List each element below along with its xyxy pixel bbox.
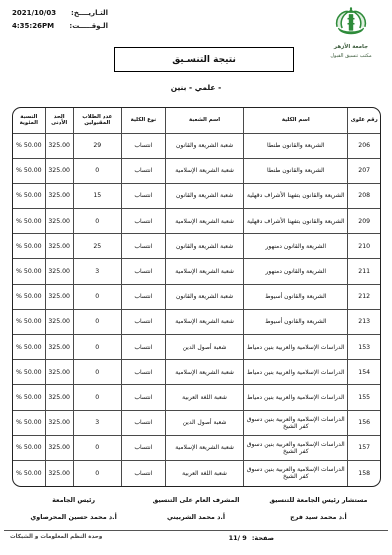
office-name: مكتب تنسيق القبول [320,53,382,59]
time-label: الـوقـــــت: [69,22,108,30]
cell-accepted: 0 [73,284,121,309]
cell-min-score: 325.00 [45,209,73,234]
cell-accepted: 25 [73,234,121,259]
date-row: التـاريــــخ: 2021/10/03 [12,9,108,17]
cell-code: 154 [348,360,380,385]
cell-college: الشريعة والقانون دمنهور [244,234,348,259]
col-header-branch: اسم الشعبة [165,108,243,133]
cell-branch: شعبة أصول الدين [165,410,243,435]
cell-percent: % 50.00 [13,360,45,385]
cell-code: 206 [348,133,380,158]
cell-college: الدراسات الإسلامية والعربية بنين دمياط [244,385,348,410]
cell-code: 153 [348,335,380,360]
signature-title: رئيس الجامعة [16,496,131,504]
cell-branch: شعبة الشريعة والقانون [165,284,243,309]
cell-branch: شعبة الشريعة الإسلامية [165,360,243,385]
table-row: 156 الدراسات الإسلامية والعربية بنين دسو… [13,410,380,435]
table-row: 158 الدراسات الإسلامية والعربية بنين دسو… [13,460,380,485]
signature-president: رئيس الجامعة أ.د محمد حسين المحرصاوي [16,496,131,521]
table-row: 209 الشريعة والقانون بتفهنا الأشراف دقهل… [13,209,380,234]
page-number: صفحة: 11/ 9 [229,534,274,542]
results-table-wrap: رقم علوى اسم الكلية اسم الشعبة نوع الكلي… [12,107,381,487]
cell-min-score: 325.00 [45,410,73,435]
signature-name: أ.د محمد سيد فرج [261,513,376,521]
cell-branch: شعبة الشريعة الإسلامية [165,158,243,183]
cell-code: 155 [348,385,380,410]
signature-title: مستشار رئيس الجامعة للتنسيق [261,496,376,504]
cell-type: انتساب [121,309,165,334]
document-title: نتيجة التنسـيق [172,55,236,65]
cell-code: 208 [348,183,380,208]
cell-college: الدراسات الإسلامية والعربية بنين دسوق كف… [244,410,348,435]
cell-type: انتساب [121,410,165,435]
cell-college: الدراسات الإسلامية والعربية بنين دمياط [244,335,348,360]
cell-min-score: 325.00 [45,460,73,485]
cell-branch: شعبة الشريعة والقانون [165,183,243,208]
page-value: 11/ 9 [229,534,247,542]
cell-type: انتساب [121,158,165,183]
col-header-percent: النسبة المئوية [13,108,45,133]
cell-min-score: 325.00 [45,158,73,183]
cell-accepted: 0 [73,335,121,360]
cell-type: انتساب [121,284,165,309]
cell-college: الشريعة والقانون طنطا [244,158,348,183]
cell-percent: % 50.00 [13,209,45,234]
cell-type: انتساب [121,385,165,410]
document-page: التـاريــــخ: 2021/10/03 الـوقـــــت: 4:… [0,0,392,555]
cell-branch: شعبة الشريعة والقانون [165,133,243,158]
date-label: التـاريــــخ: [71,9,108,17]
cell-type: انتساب [121,435,165,460]
cell-min-score: 325.00 [45,183,73,208]
cell-branch: شعبة الشريعة والقانون [165,234,243,259]
cell-min-score: 325.00 [45,259,73,284]
cell-college: الدراسات الإسلامية والعربية بنين دسوق كف… [244,435,348,460]
cell-college: الشريعة والقانون بتفهنا الأشراف دقهلية [244,183,348,208]
cell-percent: % 50.00 [13,435,45,460]
cell-branch: شعبة اللغة العربية [165,385,243,410]
cell-min-score: 325.00 [45,133,73,158]
col-header-min: الحد الأدنى [45,108,73,133]
col-header-type: نوع الكلية [121,108,165,133]
cell-min-score: 325.00 [45,335,73,360]
footer-divider [4,530,388,531]
cell-percent: % 50.00 [13,234,45,259]
cell-accepted: 0 [73,435,121,460]
cell-type: انتساب [121,360,165,385]
signature-supervisor: المشرف العام على التنسيق أ.د محمد الشربي… [138,496,253,521]
document-title-box: نتيجة التنسـيق [114,47,294,72]
university-name: جامعة الأزهر [320,44,382,50]
table-row: 208 الشريعة والقانون بتفهنا الأشراف دقهل… [13,183,380,208]
cell-accepted: 0 [73,309,121,334]
col-header-code: رقم علوى [348,108,380,133]
cell-min-score: 325.00 [45,435,73,460]
signature-name: أ.د محمد الشربيني [138,513,253,521]
cell-college: الشريعة والقانون دمنهور [244,259,348,284]
cell-type: انتساب [121,209,165,234]
table-row: 157 الدراسات الإسلامية والعربية بنين دسو… [13,435,380,460]
cell-type: انتساب [121,234,165,259]
cell-type: انتساب [121,133,165,158]
cell-accepted: 15 [73,183,121,208]
cell-code: 156 [348,410,380,435]
table-row: 213 الشريعة والقانون أسيوط شعبة الشريعة … [13,309,380,334]
cell-branch: شعبة الشريعة الإسلامية [165,309,243,334]
cell-type: انتساب [121,183,165,208]
al-azhar-emblem-icon [332,4,370,42]
cell-min-score: 325.00 [45,309,73,334]
col-header-accepted: عدد الطلاب المقبولين [73,108,121,133]
cell-accepted: 0 [73,360,121,385]
cell-percent: % 50.00 [13,133,45,158]
cell-college: الشريعة والقانون أسيوط [244,309,348,334]
date-value: 2021/10/03 [12,9,56,17]
results-table-body: 206 الشريعة والقانون طنطا شعبة الشريعة و… [13,133,380,486]
it-unit-name: وحدة النظم المعلومات و الشبكات [10,534,102,540]
cell-min-score: 325.00 [45,234,73,259]
cell-percent: % 50.00 [13,259,45,284]
cell-code: 213 [348,309,380,334]
cell-percent: % 50.00 [13,410,45,435]
table-row: 153 الدراسات الإسلامية والعربية بنين دمي… [13,335,380,360]
cell-code: 212 [348,284,380,309]
cell-type: انتساب [121,259,165,284]
cell-branch: شعبة اللغة العربية [165,460,243,485]
cell-accepted: 3 [73,410,121,435]
signatures-row: مستشار رئيس الجامعة للتنسيق أ.د محمد سيد… [0,496,392,521]
table-row: 206 الشريعة والقانون طنطا شعبة الشريعة و… [13,133,380,158]
cell-percent: % 50.00 [13,460,45,485]
cell-branch: شعبة الشريعة الإسلامية [165,435,243,460]
cell-accepted: 3 [73,259,121,284]
cell-college: الدراسات الإسلامية والعربية بنين دمياط [244,360,348,385]
table-row: 207 الشريعة والقانون طنطا شعبة الشريعة ا… [13,158,380,183]
cell-percent: % 50.00 [13,335,45,360]
cell-code: 209 [348,209,380,234]
cell-code: 157 [348,435,380,460]
table-row: 155 الدراسات الإسلامية والعربية بنين دمي… [13,385,380,410]
cell-percent: % 50.00 [13,158,45,183]
cell-college: الشريعة والقانون بتفهنا الأشراف دقهلية [244,209,348,234]
cell-branch: شعبة الشريعة الإسلامية [165,259,243,284]
cell-college: الشريعة والقانون طنطا [244,133,348,158]
cell-type: انتساب [121,460,165,485]
section-subtitle: - علمي - بنين [0,83,392,92]
cell-code: 210 [348,234,380,259]
cell-code: 158 [348,460,380,485]
cell-branch: شعبة أصول الدين [165,335,243,360]
results-table: رقم علوى اسم الكلية اسم الشعبة نوع الكلي… [13,108,380,486]
table-row: 210 الشريعة والقانون دمنهور شعبة الشريعة… [13,234,380,259]
signature-advisor: مستشار رئيس الجامعة للتنسيق أ.د محمد سيد… [261,496,376,521]
table-row: 154 الدراسات الإسلامية والعربية بنين دمي… [13,360,380,385]
cell-min-score: 325.00 [45,385,73,410]
cell-min-score: 325.00 [45,360,73,385]
cell-percent: % 50.00 [13,284,45,309]
cell-accepted: 0 [73,460,121,485]
cell-code: 211 [348,259,380,284]
signature-title: المشرف العام على التنسيق [138,496,253,504]
cell-percent: % 50.00 [13,309,45,334]
time-value: 4:35:26PM [12,22,54,30]
signature-name: أ.د محمد حسين المحرصاوي [16,513,131,521]
cell-college: الدراسات الإسلامية والعربية بنين دسوق كف… [244,460,348,485]
cell-code: 207 [348,158,380,183]
cell-percent: % 50.00 [13,385,45,410]
cell-college: الشريعة والقانون أسيوط [244,284,348,309]
table-header-row: رقم علوى اسم الكلية اسم الشعبة نوع الكلي… [13,108,380,133]
col-header-college: اسم الكلية [244,108,348,133]
cell-accepted: 0 [73,158,121,183]
datetime-block: التـاريــــخ: 2021/10/03 الـوقـــــت: 4:… [12,9,108,35]
cell-percent: % 50.00 [13,183,45,208]
cell-accepted: 0 [73,209,121,234]
cell-type: انتساب [121,335,165,360]
time-row: الـوقـــــت: 4:35:26PM [12,22,108,30]
cell-min-score: 325.00 [45,284,73,309]
table-row: 212 الشريعة والقانون أسيوط شعبة الشريعة … [13,284,380,309]
table-row: 211 الشريعة والقانون دمنهور شعبة الشريعة… [13,259,380,284]
cell-accepted: 29 [73,133,121,158]
cell-branch: شعبة الشريعة الإسلامية [165,209,243,234]
university-logo-block: جامعة الأزهر مكتب تنسيق القبول [320,4,382,59]
page-label: صفحة: [252,534,274,542]
cell-accepted: 0 [73,385,121,410]
